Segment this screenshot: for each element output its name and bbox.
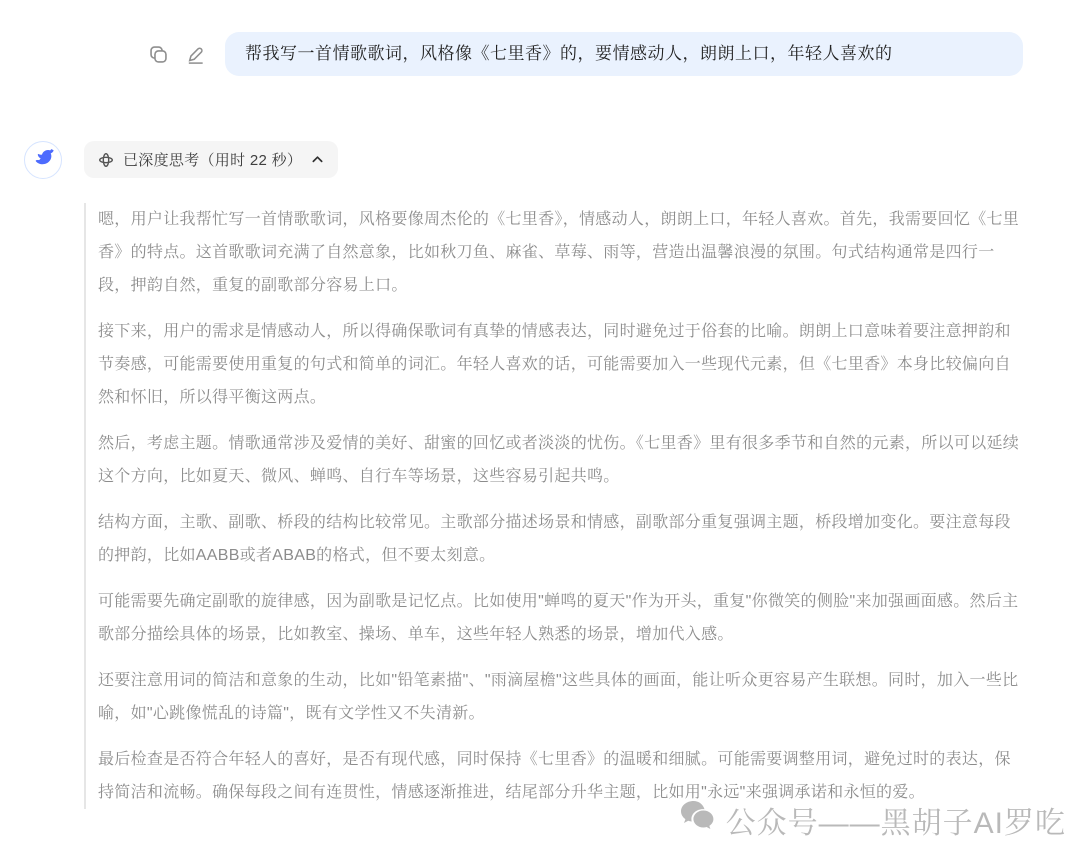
thinking-paragraph: 可能需要先确定副歌的旋律感，因为副歌是记忆点。比如使用"蝉鸣的夏天"作为开头，重… xyxy=(98,585,1023,651)
deep-think-label: 已深度思考（用时 22 秒） xyxy=(123,149,302,170)
copy-button[interactable] xyxy=(148,44,169,65)
pencil-icon xyxy=(185,44,206,65)
user-message-text: 帮我写一首情歌歌词，风格像《七里香》的，要情感动人，朗朗上口，年轻人喜欢的 xyxy=(245,44,893,63)
message-actions xyxy=(148,44,206,65)
user-message-bubble: 帮我写一首情歌歌词，风格像《七里香》的，要情感动人，朗朗上口，年轻人喜欢的 xyxy=(225,32,1023,76)
edit-button[interactable] xyxy=(185,44,206,65)
assistant-avatar xyxy=(24,141,62,179)
thinking-paragraph: 还要注意用词的简洁和意象的生动，比如"铅笔素描"、"雨滴屋檐"这些具体的画面，能… xyxy=(98,664,1023,730)
user-message-row: 帮我写一首情歌歌词，风格像《七里香》的，要情感动人，朗朗上口，年轻人喜欢的 xyxy=(148,32,1023,76)
chevron-up-icon xyxy=(311,153,324,166)
thinking-content: 嗯，用户让我帮忙写一首情歌歌词，风格要像周杰伦的《七里香》，情感动人，朗朗上口，… xyxy=(84,203,1023,809)
deep-think-toggle[interactable]: 已深度思考（用时 22 秒） xyxy=(84,141,338,178)
assistant-content: 已深度思考（用时 22 秒） 嗯，用户让我帮忙写一首情歌歌词，风格要像周杰伦的《… xyxy=(84,141,1023,809)
thinking-paragraph: 嗯，用户让我帮忙写一首情歌歌词，风格要像周杰伦的《七里香》，情感动人，朗朗上口，… xyxy=(98,203,1023,302)
thinking-paragraph: 结构方面，主歌、副歌、桥段的结构比较常见。主歌部分描述场景和情感，副歌部分重复强… xyxy=(98,506,1023,572)
deepthink-icon xyxy=(98,152,114,168)
deepseek-whale-icon xyxy=(30,145,56,176)
copy-icon xyxy=(148,44,169,65)
thinking-paragraph: 接下来，用户的需求是情感动人，所以得确保歌词有真挚的情感表达，同时避免过于俗套的… xyxy=(98,315,1023,414)
thinking-paragraph: 然后，考虑主题。情歌通常涉及爱情的美好、甜蜜的回忆或者淡淡的忧伤。《七里香》里有… xyxy=(98,427,1023,493)
thinking-paragraph: 最后检查是否符合年轻人的喜好，是否有现代感，同时保持《七里香》的温暖和细腻。可能… xyxy=(98,743,1023,809)
assistant-message-row: 已深度思考（用时 22 秒） 嗯，用户让我帮忙写一首情歌歌词，风格要像周杰伦的《… xyxy=(24,141,1080,809)
